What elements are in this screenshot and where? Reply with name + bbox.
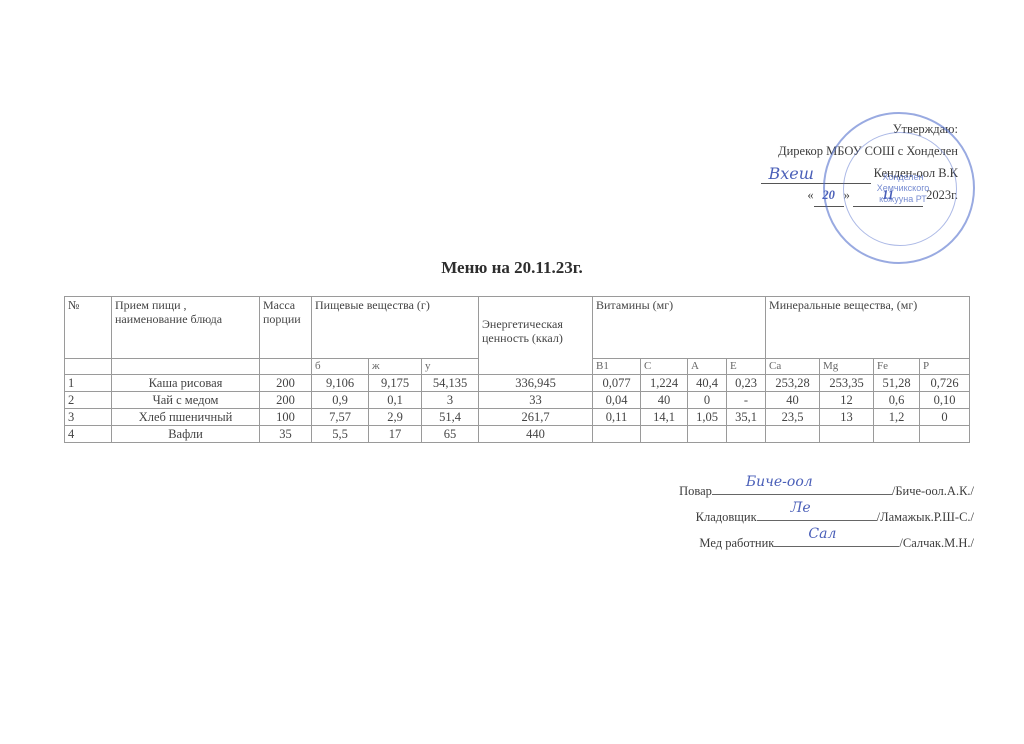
cell-b1: 0,077 — [593, 375, 641, 392]
cell-c — [641, 426, 688, 443]
stamp-text: Хонделен Хемчикского кожууна РТ — [863, 172, 943, 205]
cell-name: Хлеб пшеничный — [112, 409, 260, 426]
header-vitamins: Витамины (мг) — [593, 297, 766, 359]
subheader-e: Е — [727, 359, 766, 375]
cell-c: 14,1 — [641, 409, 688, 426]
cell-p — [920, 426, 970, 443]
cell-e — [727, 426, 766, 443]
subheader-a: А — [688, 359, 727, 375]
subheader-fe: Fe — [874, 359, 920, 375]
cell-fe: 0,6 — [874, 392, 920, 409]
cell-mass: 100 — [260, 409, 312, 426]
director-signature: Вхеш — [769, 163, 814, 185]
cell-c: 40 — [641, 392, 688, 409]
signer-name: /Ламажык.Р.Ш-С./ — [877, 510, 974, 524]
cell-ca: 40 — [766, 392, 820, 409]
cell-p: 0,726 — [920, 375, 970, 392]
signers-block: ПоварБиче-оол/Биче-оол.А.К./КладовщикЛе/… — [614, 478, 974, 556]
cell-p: 0 — [920, 409, 970, 426]
subheader-fat: ж — [369, 359, 422, 375]
header-mass: Масса порции — [260, 297, 312, 359]
cell-zh: 17 — [369, 426, 422, 443]
cell-e: - — [727, 392, 766, 409]
subheader-c: С — [641, 359, 688, 375]
cell-energy: 336,945 — [479, 375, 593, 392]
cell-no: 2 — [65, 392, 112, 409]
cell-mg: 12 — [820, 392, 874, 409]
header-meal: Прием пищи , наименование блюда — [112, 297, 260, 359]
cell-fe — [874, 426, 920, 443]
subheader-ca: Са — [766, 359, 820, 375]
header-minerals: Минеральные вещества, (мг) — [766, 297, 970, 359]
cell-b: 7,57 — [312, 409, 369, 426]
subheader-protein: б — [312, 359, 369, 375]
cell-name: Вафли — [112, 426, 260, 443]
table-row: 4Вафли355,51765440 — [65, 426, 970, 443]
signature-line: Сал — [774, 532, 899, 547]
cell-ca: 23,5 — [766, 409, 820, 426]
cell-fe: 1,2 — [874, 409, 920, 426]
table-row: 1Каша рисовая2009,1069,17554,135336,9450… — [65, 375, 970, 392]
handwritten-signature: Ле — [791, 495, 811, 521]
cell-mg: 13 — [820, 409, 874, 426]
cell-a: 40,4 — [688, 375, 727, 392]
signer-name: /Салчак.М.Н./ — [899, 536, 974, 550]
cell-ca: 253,28 — [766, 375, 820, 392]
subheader-empty — [65, 359, 112, 375]
cell-fe: 51,28 — [874, 375, 920, 392]
cell-ca — [766, 426, 820, 443]
cell-a — [688, 426, 727, 443]
cell-b1: 0,11 — [593, 409, 641, 426]
signer-role: Кладовщик — [696, 510, 757, 524]
cell-mass: 35 — [260, 426, 312, 443]
header-nutrients: Пищевые вещества (г) — [312, 297, 479, 359]
cell-c: 1,224 — [641, 375, 688, 392]
cell-b: 0,9 — [312, 392, 369, 409]
table-row: 2Чай с медом2000,90,13330,04400-40120,60… — [65, 392, 970, 409]
subheader-p: Р — [920, 359, 970, 375]
cell-b1: 0,04 — [593, 392, 641, 409]
table-row: 3Хлеб пшеничный1007,572,951,4261,70,1114… — [65, 409, 970, 426]
cell-energy: 261,7 — [479, 409, 593, 426]
cell-no: 3 — [65, 409, 112, 426]
cell-b1 — [593, 426, 641, 443]
signer-row: Мед работникСал/Салчак.М.Н./ — [614, 530, 974, 556]
subheader-empty — [260, 359, 312, 375]
cell-u: 51,4 — [422, 409, 479, 426]
signature-line: Ле — [757, 506, 877, 521]
header-no: № — [65, 297, 112, 359]
cell-u: 54,135 — [422, 375, 479, 392]
cell-a: 0 — [688, 392, 727, 409]
header-energy: Энергетическая ценность (ккал) — [479, 297, 593, 375]
cell-mass: 200 — [260, 375, 312, 392]
cell-b: 9,106 — [312, 375, 369, 392]
cell-u: 65 — [422, 426, 479, 443]
handwritten-signature: Сал — [808, 521, 836, 547]
cell-u: 3 — [422, 392, 479, 409]
subheader-carbs: у — [422, 359, 479, 375]
cell-e: 0,23 — [727, 375, 766, 392]
cell-mass: 200 — [260, 392, 312, 409]
signer-role: Мед работник — [699, 536, 774, 550]
cell-energy: 33 — [479, 392, 593, 409]
cell-no: 1 — [65, 375, 112, 392]
menu-table: № Прием пищи , наименование блюда Масса … — [64, 296, 970, 443]
handwritten-signature: Биче-оол — [746, 469, 813, 495]
signer-row: КладовщикЛе/Ламажык.Р.Ш-С./ — [614, 504, 974, 530]
cell-name: Каша рисовая — [112, 375, 260, 392]
cell-e: 35,1 — [727, 409, 766, 426]
official-stamp-icon: Хонделен Хемчикского кожууна РТ — [823, 112, 975, 264]
cell-no: 4 — [65, 426, 112, 443]
cell-zh: 0,1 — [369, 392, 422, 409]
cell-energy: 440 — [479, 426, 593, 443]
cell-a: 1,05 — [688, 409, 727, 426]
signer-role: Повар — [679, 484, 712, 498]
signature-line: Биче-оол — [712, 480, 892, 495]
page-title: Меню на 20.11.23г. — [0, 258, 1024, 278]
cell-mg — [820, 426, 874, 443]
table-header-row: № Прием пищи , наименование блюда Масса … — [65, 297, 970, 359]
cell-b: 5,5 — [312, 426, 369, 443]
subheader-b1: В1 — [593, 359, 641, 375]
cell-p: 0,10 — [920, 392, 970, 409]
cell-name: Чай с медом — [112, 392, 260, 409]
signer-name: /Биче-оол.А.К./ — [892, 484, 974, 498]
subheader-empty — [112, 359, 260, 375]
cell-mg: 253,35 — [820, 375, 874, 392]
cell-zh: 9,175 — [369, 375, 422, 392]
cell-zh: 2,9 — [369, 409, 422, 426]
subheader-mg: Мg — [820, 359, 874, 375]
